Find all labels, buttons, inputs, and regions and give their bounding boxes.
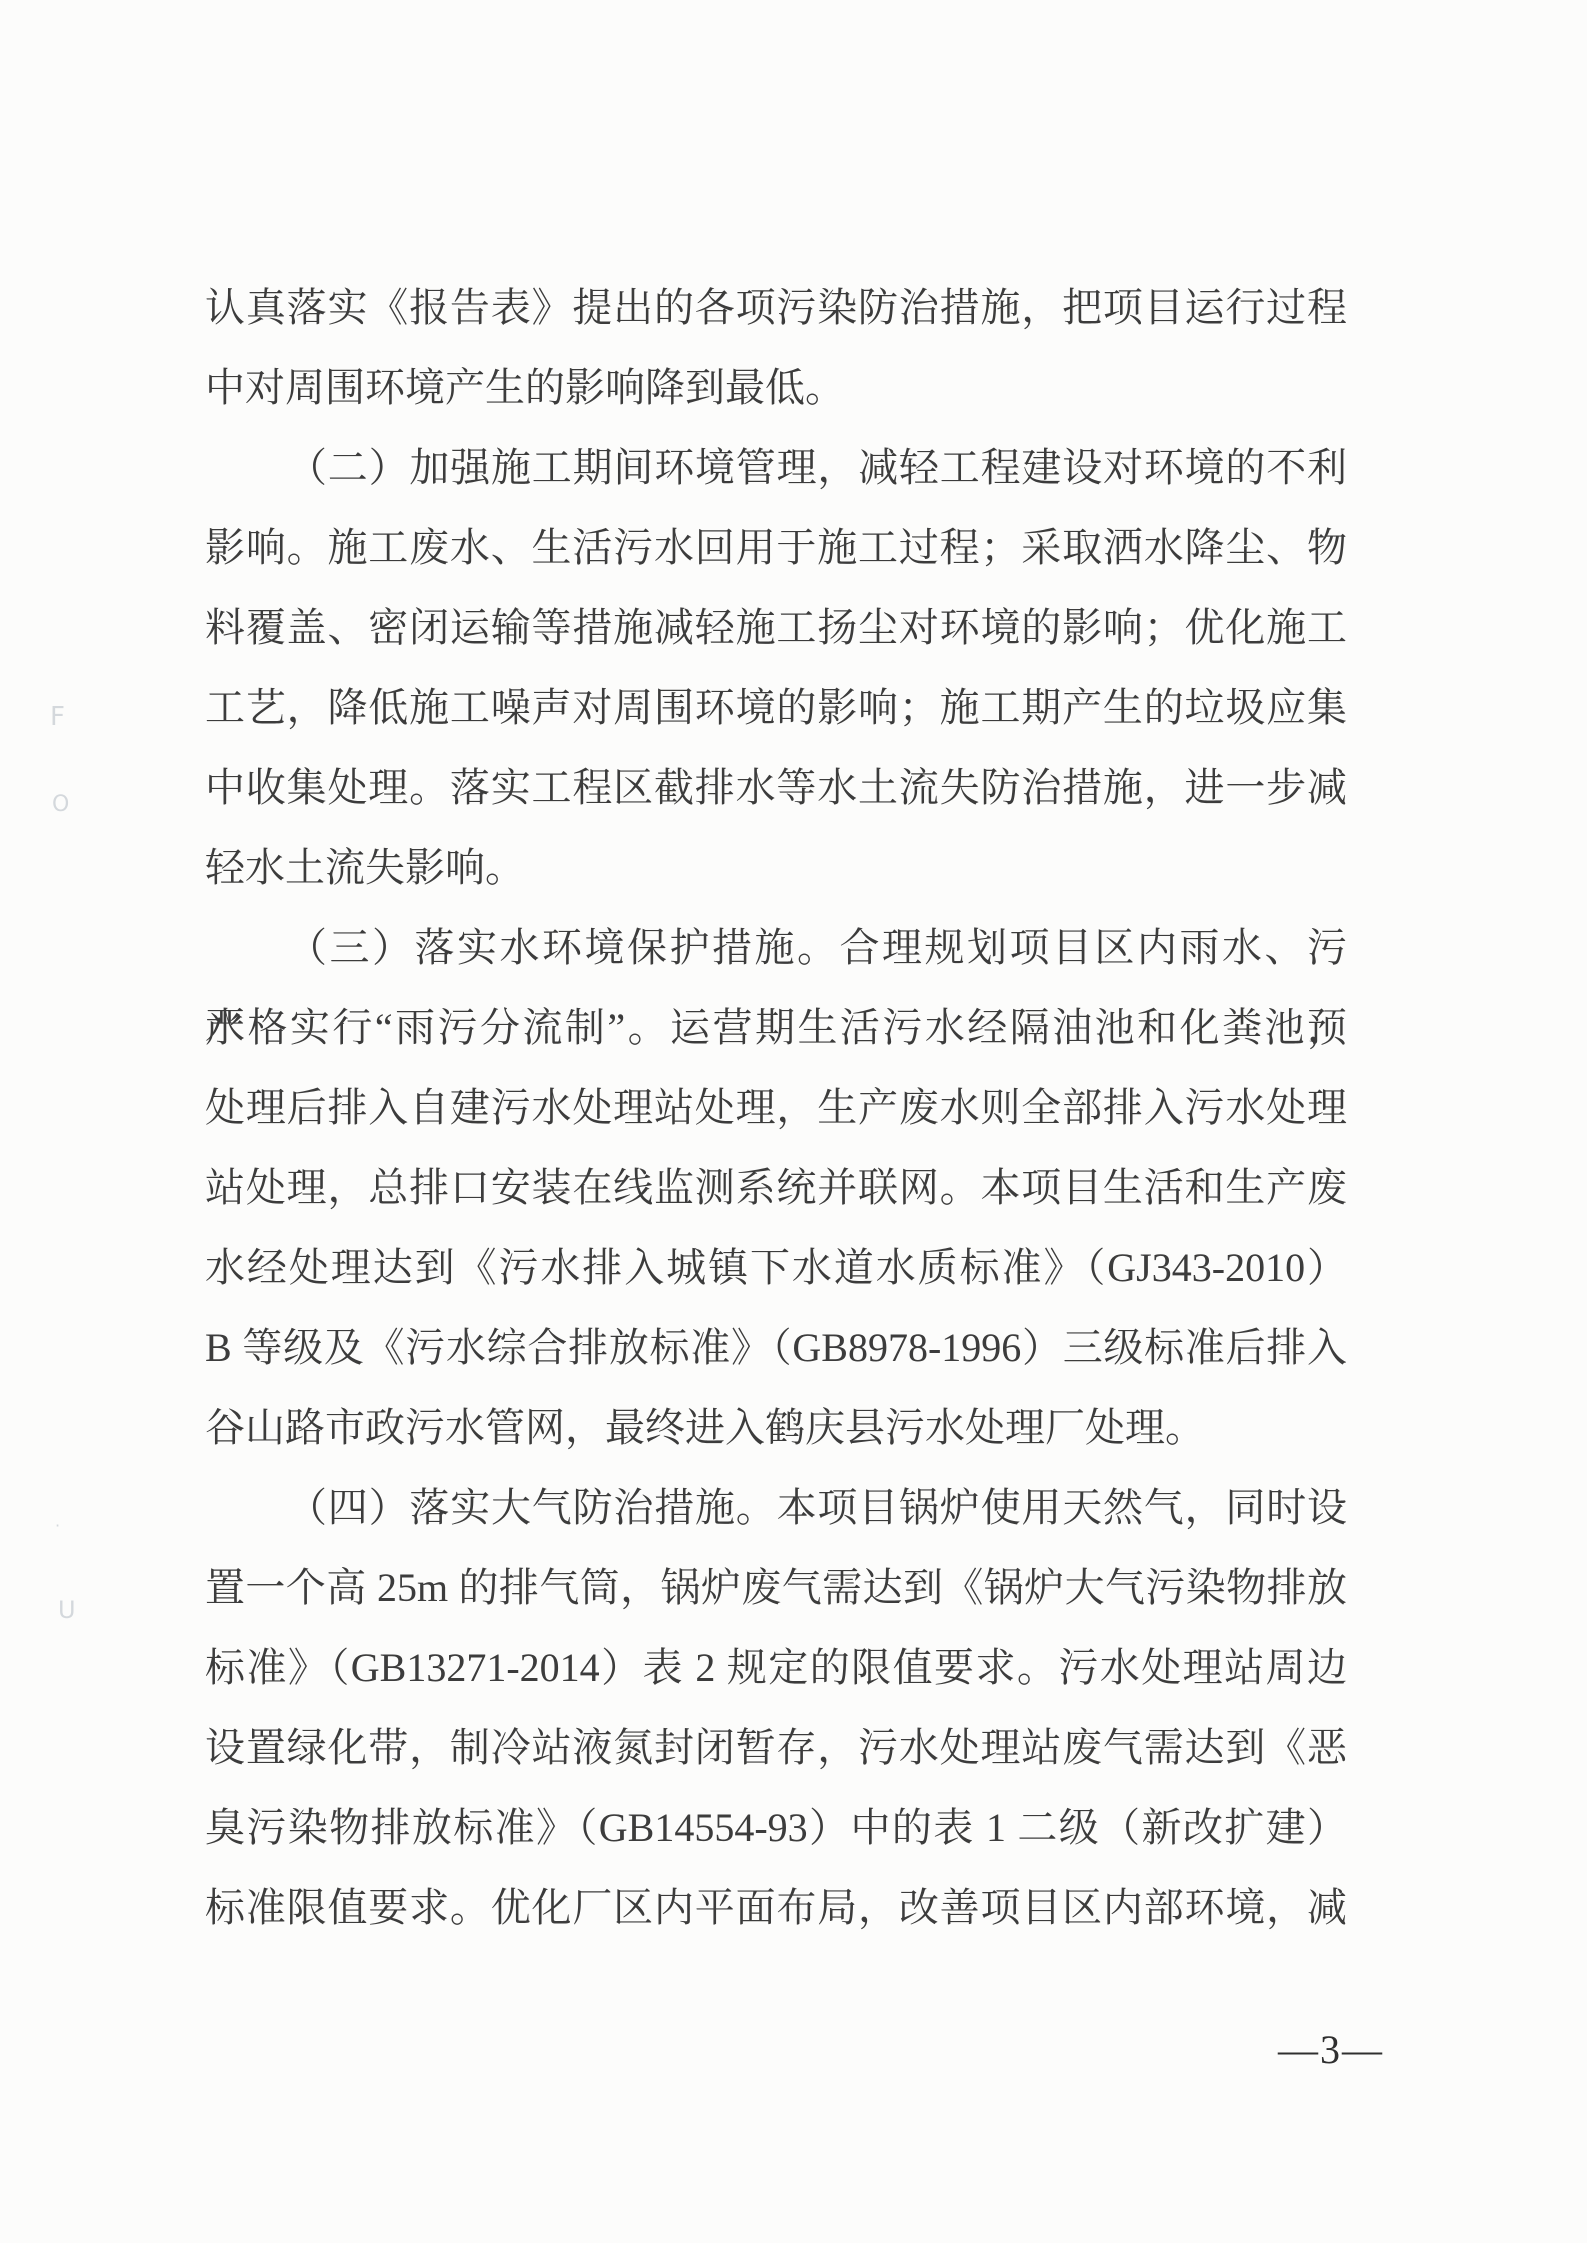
text-line: 设置绿化带，制冷站液氮封闭暂存，污水处理站废气需达到《恶 bbox=[205, 1708, 1347, 1788]
text-line: 中对周围环境产生的影响降到最低。 bbox=[205, 348, 1347, 428]
text-line: 标准限值要求。优化厂区内平面布局，改善项目区内部环境，减 bbox=[205, 1868, 1347, 1948]
text-line: 严格实行“雨污分流制”。运营期生活污水经隔油池和化粪池预 bbox=[205, 988, 1347, 1068]
text-line: 料覆盖、密闭运输等措施减轻施工扬尘对环境的影响；优化施工 bbox=[205, 588, 1347, 668]
scan-artifact: O bbox=[52, 792, 69, 817]
document-body: 认真落实《报告表》提出的各项污染防治措施，把项目运行过程 中对周围环境产生的影响… bbox=[205, 268, 1347, 1948]
text-line: 臭污染物排放标准》（GB14554-93）中的表 1 二级（新改扩建） bbox=[205, 1788, 1347, 1868]
text-line: 轻水土流失影响。 bbox=[205, 828, 1347, 908]
scanned-document-page: 认真落实《报告表》提出的各项污染防治措施，把项目运行过程 中对周围环境产生的影响… bbox=[0, 0, 1587, 2243]
text-line: 认真落实《报告表》提出的各项污染防治措施，把项目运行过程 bbox=[205, 268, 1347, 348]
text-line: 站处理，总排口安装在线监测系统并联网。本项目生活和生产废 bbox=[205, 1148, 1347, 1228]
text-line: 处理后排入自建污水处理站处理，生产废水则全部排入污水处理 bbox=[205, 1068, 1347, 1148]
text-line: 中收集处理。落实工程区截排水等水土流失防治措施，进一步减 bbox=[205, 748, 1347, 828]
text-line: 标准》（GB13271-2014）表 2 规定的限值要求。污水处理站周边 bbox=[205, 1628, 1347, 1708]
page-number: —3— bbox=[1278, 2026, 1384, 2073]
text-line: 影响。施工废水、生活污水回用于施工过程；采取洒水降尘、物 bbox=[205, 508, 1347, 588]
scan-artifact: U bbox=[58, 1596, 76, 1624]
text-line: 水经处理达到《污水排入城镇下水道水质标准》（GJ343-2010） bbox=[205, 1228, 1347, 1308]
scan-artifact: F bbox=[50, 702, 65, 732]
text-line: 工艺，降低施工噪声对周围环境的影响；施工期产生的垃圾应集 bbox=[205, 668, 1347, 748]
text-line-section-2-start: （二）加强施工期间环境管理，减轻工程建设对环境的不利 bbox=[205, 428, 1347, 508]
text-line: 置一个高 25m 的排气筒，锅炉废气需达到《锅炉大气污染物排放 bbox=[205, 1548, 1347, 1628]
text-line: 谷山路市政污水管网，最终进入鹤庆县污水处理厂处理。 bbox=[205, 1388, 1347, 1468]
text-line-section-3-start: （三）落实水环境保护措施。合理规划项目区内雨水、污水， bbox=[205, 908, 1347, 988]
text-line-section-4-start: （四）落实大气防治措施。本项目锅炉使用天然气，同时设 bbox=[205, 1468, 1347, 1548]
scan-artifact: · bbox=[55, 1516, 60, 1535]
text-line: B 等级及《污水综合排放标准》（GB8978-1996）三级标准后排入 bbox=[205, 1308, 1347, 1388]
